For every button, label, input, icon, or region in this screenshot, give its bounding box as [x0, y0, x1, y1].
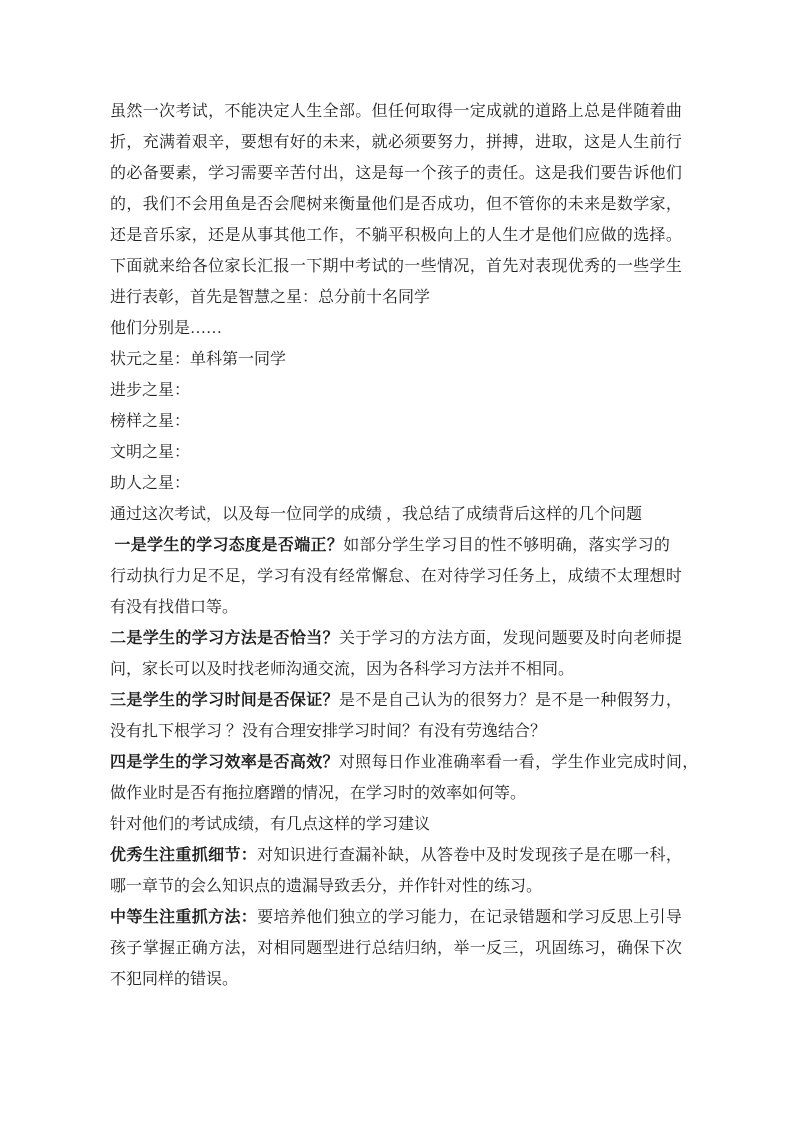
text-line: 进行表彰，首先是智慧之星：总分前十名同学	[110, 282, 693, 313]
text-segment: 哪一章节的会么知识点的遗漏导致丢分，并作针对性的练习。	[110, 878, 542, 895]
text-line: 孩子掌握正确方法，对相同题型进行总结归纳，举一反三，巩固练习，确保下次	[110, 933, 693, 964]
text-line: 四是学生的学习效率是否高效？对照每日作业准确率看一看，学生作业完成时间，	[110, 747, 693, 778]
text-segment: 是不是自己认为的很努力？是不是一种假努力，	[339, 692, 682, 709]
text-line: 助人之星：	[110, 468, 693, 499]
text-line: 状元之星：单科第一同学	[110, 344, 693, 375]
text-line: 的，我们不会用鱼是否会爬树来衡量他们是否成功，但不管你的未来是数学家，	[110, 189, 693, 220]
bold-text-segment: 优秀生注重抓细节：	[110, 847, 257, 864]
text-segment: 通过这次考试，以及每一位同学的成绩 ，我总结了成绩背后这样的几个问题	[110, 506, 642, 523]
text-line: 做作业时是否有拖拉磨蹭的情况，在学习时的效率如何等。	[110, 778, 693, 809]
text-segment: 文明之星：	[110, 444, 190, 461]
bold-text-segment: 四是学生的学习效率是否高效？	[110, 754, 339, 771]
text-line: 下面就来给各位家长汇报一下期中考试的一些情况，首先对表现优秀的一些学生	[110, 251, 693, 282]
text-segment: 折，充满着艰辛，要想有好的未来，就必须要努力，拼搏，进取，这是人生前行	[110, 134, 682, 151]
text-segment: 要培养他们独立的学习能力，在记录错题和学习反思上引导	[257, 909, 682, 926]
text-line: 通过这次考试，以及每一位同学的成绩 ，我总结了成绩背后这样的几个问题	[110, 499, 693, 530]
text-segment: 不犯同样的错误。	[110, 971, 238, 988]
text-line: 的必备要素，学习需要辛苦付出，这是每一个孩子的责任。这是我们要告诉他们	[110, 158, 693, 189]
bold-text-segment: 三是学生的学习时间是否保证？	[110, 692, 339, 709]
text-line: 二是学生的学习方法是否恰当？关于学习的方法方面，发现问题要及时向老师提	[110, 623, 693, 654]
text-segment: 他们分别是……	[110, 320, 222, 337]
text-segment: 进步之星：	[110, 382, 190, 399]
text-line: 进步之星：	[110, 375, 693, 406]
text-line: 三是学生的学习时间是否保证？是不是自己认为的很努力？是不是一种假努力，	[110, 685, 693, 716]
text-line: 还是音乐家，还是从事其他工作，不躺平积极向上的人生才是他们应做的选择。	[110, 220, 693, 251]
text-segment: 孩子掌握正确方法，对相同题型进行总结归纳，举一反三，巩固练习，确保下次	[110, 940, 682, 957]
text-line: 针对他们的考试成绩，有几点这样的学习建议	[110, 809, 693, 840]
text-segment: 有没有找借口等。	[110, 599, 238, 616]
text-segment: 的，我们不会用鱼是否会爬树来衡量他们是否成功，但不管你的未来是数学家，	[110, 196, 682, 213]
text-segment: 做作业时是否有拖拉磨蹭的情况，在学习时的效率如何等。	[110, 785, 526, 802]
text-segment: 对知识进行查漏补缺，从答卷中及时发现孩子是在哪一科，	[257, 847, 682, 864]
text-line: 哪一章节的会么知识点的遗漏导致丢分，并作针对性的练习。	[110, 871, 693, 902]
text-line: 一是学生的学习态度是否端正？如部分学生学习目的性不够明确，落实学习的	[110, 530, 693, 561]
text-segment: 针对他们的考试成绩，有几点这样的学习建议	[110, 816, 430, 833]
text-segment: 没有扎下根学习 ？没有合理安排学习时间？有没有劳逸结合？	[110, 723, 546, 740]
text-segment: 对照每日作业准确率看一看，学生作业完成时间，	[339, 754, 699, 771]
text-line: 文明之星：	[110, 437, 693, 468]
document-page: 虽然一次考试，不能决定人生全部。但任何取得一定成就的道路上总是伴随着曲折，充满着…	[0, 0, 793, 1122]
text-segment: 行动执行力足不足，学习有没有经常懈怠、在对待学习任务上，成绩不太理想时	[110, 568, 682, 585]
text-segment: 问，家长可以及时找老师沟通交流，因为各科学习方法并不相同。	[110, 661, 574, 678]
text-line: 行动执行力足不足，学习有没有经常懈怠、在对待学习任务上，成绩不太理想时	[110, 561, 693, 592]
text-line: 不犯同样的错误。	[110, 964, 693, 995]
text-line: 虽然一次考试，不能决定人生全部。但任何取得一定成就的道路上总是伴随着曲	[110, 96, 693, 127]
text-segment: 关于学习的方法方面，发现问题要及时向老师提	[339, 630, 682, 647]
text-line: 优秀生注重抓细节：对知识进行查漏补缺，从答卷中及时发现孩子是在哪一科，	[110, 840, 693, 871]
bold-text-segment: 一是学生的学习态度是否端正？	[110, 537, 343, 554]
text-line: 折，充满着艰辛，要想有好的未来，就必须要努力，拼搏，进取，这是人生前行	[110, 127, 693, 158]
text-line: 问，家长可以及时找老师沟通交流，因为各科学习方法并不相同。	[110, 654, 693, 685]
text-line: 榜样之星：	[110, 406, 693, 437]
text-segment: 虽然一次考试，不能决定人生全部。但任何取得一定成就的道路上总是伴随着曲	[110, 103, 682, 120]
text-line: 有没有找借口等。	[110, 592, 693, 623]
text-segment: 榜样之星：	[110, 413, 190, 430]
text-segment: 如部分学生学习目的性不够明确，落实学习的	[343, 537, 670, 554]
text-line: 中等生注重抓方法：要培养他们独立的学习能力，在记录错题和学习反思上引导	[110, 902, 693, 933]
document-body: 虽然一次考试，不能决定人生全部。但任何取得一定成就的道路上总是伴随着曲折，充满着…	[110, 96, 693, 995]
text-line: 没有扎下根学习 ？没有合理安排学习时间？有没有劳逸结合？	[110, 716, 693, 747]
text-segment: 助人之星：	[110, 475, 190, 492]
text-segment: 状元之星：单科第一同学	[110, 351, 286, 368]
text-line: 他们分别是……	[110, 313, 693, 344]
text-segment: 还是音乐家，还是从事其他工作，不躺平积极向上的人生才是他们应做的选择。	[110, 227, 682, 244]
text-segment: 的必备要素，学习需要辛苦付出，这是每一个孩子的责任。这是我们要告诉他们	[110, 165, 682, 182]
bold-text-segment: 二是学生的学习方法是否恰当？	[110, 630, 339, 647]
text-segment: 进行表彰，首先是智慧之星：总分前十名同学	[110, 289, 430, 306]
text-segment: 下面就来给各位家长汇报一下期中考试的一些情况，首先对表现优秀的一些学生	[110, 258, 682, 275]
bold-text-segment: 中等生注重抓方法：	[110, 909, 257, 926]
